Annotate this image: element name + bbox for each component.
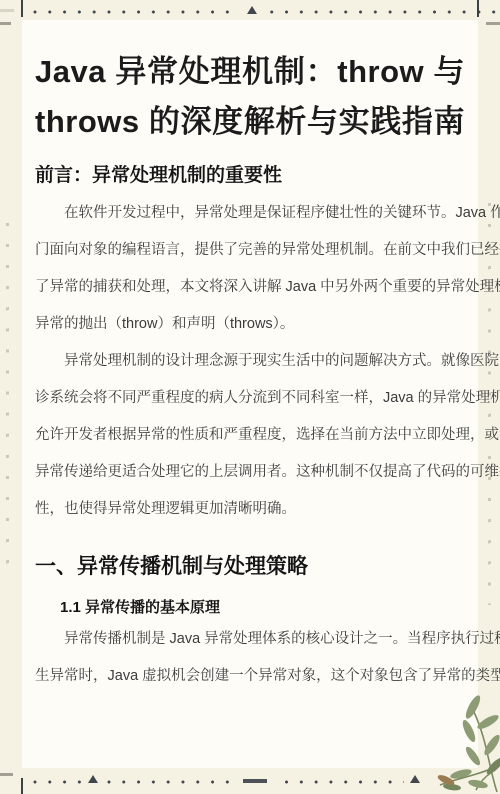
- paragraph-3: 异常传播机制是 Java 异常处理体系的核心设计之一。当程序执行过程中发 生异常…: [35, 621, 465, 695]
- paragraph-line: 允许开发者根据异常的性质和严重程度，选择在当前方法中立即处理，或者将: [35, 417, 465, 454]
- article-title: Java 异常处理机制：throw 与 throws 的深度解析与实践指南: [35, 47, 465, 147]
- paragraph-1: 在软件开发过程中，异常处理是保证程序健壮性的关键环节。Java 作为一 门面向对…: [35, 195, 465, 343]
- paragraph-line: 异常的抛出（throw）和声明（throws）。: [35, 306, 465, 343]
- article-title-line2: throws 的深度解析与实践指南: [35, 97, 465, 147]
- corner-line-top-left: [21, 0, 23, 17]
- paragraph-2: 异常处理机制的设计理念源于现实生活中的问题解决方式。就像医院的分 诊系统会将不同…: [35, 343, 465, 528]
- left-margin-ticks: [6, 205, 9, 565]
- corner-dash-bottom-left: [0, 773, 13, 776]
- document-page: Java 异常处理机制：throw 与 throws 的深度解析与实践指南 前言…: [22, 20, 478, 768]
- triangle-icon: [88, 775, 98, 783]
- paragraph-line: 了异常的捕获和处理，本文将深入讲解 Java 中另外两个重要的异常处理机制：: [35, 269, 465, 306]
- triangle-icon: [247, 6, 257, 14]
- paragraph-line: 诊系统会将不同严重程度的病人分流到不同科室一样，Java 的异常处理机制也: [35, 380, 465, 417]
- corner-line-bottom-left: [21, 778, 23, 794]
- corner-dash-top-left: [0, 22, 11, 25]
- preface-heading: 前言：异常处理机制的重要性: [35, 163, 465, 188]
- paragraph-line: 异常处理机制的设计理念源于现实生活中的问题解决方式。就像医院的分: [35, 343, 465, 380]
- article-title-line1: Java 异常处理机制：throw 与: [35, 47, 465, 97]
- top-dotted-border: [33, 10, 500, 14]
- paragraph-line: 异常传递给更适合处理它的上层调用者。这种机制不仅提高了代码的可维护: [35, 454, 465, 491]
- paragraph-line: 性，也使得异常处理逻辑更加清晰明确。: [35, 491, 465, 528]
- article-page-background: { "title": { "line1": "Java 异常处理机制：throw…: [0, 0, 500, 794]
- section-1-heading: 一、异常传播机制与处理策略: [35, 552, 465, 581]
- olive-branch-decoration: [414, 678, 500, 794]
- corner-dash-top-left-outer: [0, 9, 14, 12]
- paragraph-line: 生异常时，Java 虚拟机会创建一个异常对象，这个对象包含了异常的类型、发: [35, 658, 465, 695]
- corner-dash-top-right: [486, 22, 500, 25]
- section-1-1-heading: 1.1 异常传播的基本原理: [60, 598, 465, 618]
- dash-mark: [243, 779, 267, 783]
- article-content: Java 异常处理机制：throw 与 throws 的深度解析与实践指南 前言…: [22, 47, 478, 695]
- corner-line-top-right: [477, 0, 479, 17]
- paragraph-line: 在软件开发过程中，异常处理是保证程序健壮性的关键环节。Java 作为一: [35, 195, 465, 232]
- paragraph-line: 异常传播机制是 Java 异常处理体系的核心设计之一。当程序执行过程中发: [35, 621, 465, 658]
- paragraph-line: 门面向对象的编程语言，提供了完善的异常处理机制。在前文中我们已经探讨: [35, 232, 465, 269]
